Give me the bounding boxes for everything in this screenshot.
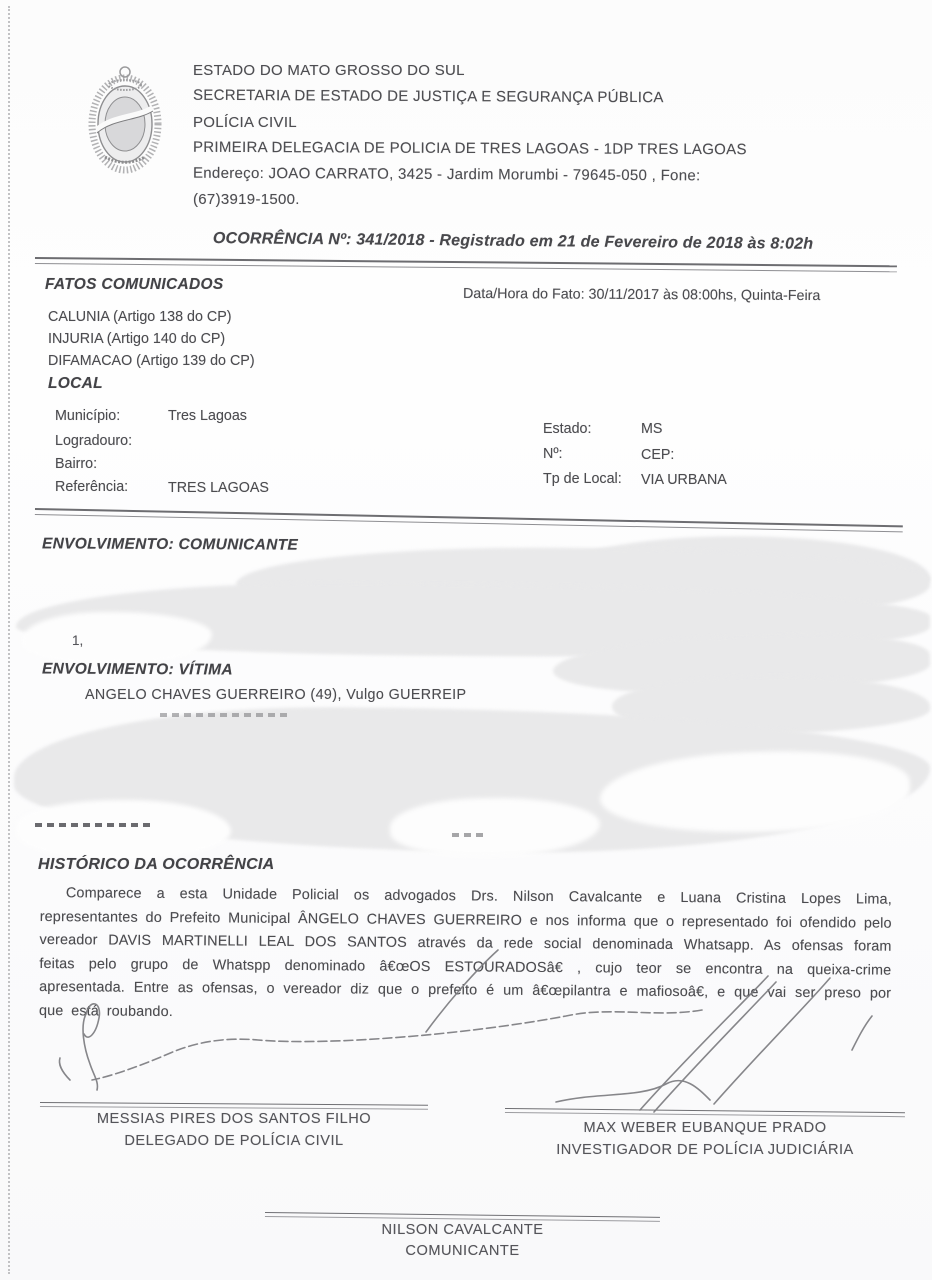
obscured-letter-tops (452, 833, 486, 837)
signatory-role: COMUNICANTE (265, 1243, 660, 1259)
numero-label: Nº: (543, 446, 563, 462)
header-line-state: ESTADO DO MATO GROSSO DO SUL (193, 62, 465, 79)
bairro-label: Bairro: (55, 456, 97, 472)
obscured-letter-tops (160, 713, 290, 717)
signatory-name: NILSON CAVALCANTE (265, 1222, 660, 1238)
signatory-name: MAX WEBER EUBANQUE PRADO (505, 1120, 905, 1136)
signatory-role: INVESTIGADOR DE POLÍCIA JUDICIÁRIA (505, 1142, 905, 1158)
envolvimento-vitima-heading: ENVOLVIMENTO: VÍTIMA (42, 661, 233, 680)
signatory-name: MESSIAS PIRES DOS SANTOS FILHO (40, 1111, 428, 1127)
header-line-endereco: Endereço: JOAO CARRATO, 3425 - Jardim Mo… (193, 165, 701, 185)
signature-line (40, 1102, 428, 1110)
historico-paragraph: Comparece a esta Unidade Policial os adv… (39, 882, 892, 1030)
header-line-policia-civil: POLÍCIA CIVIL (193, 114, 297, 131)
redaction-gap (16, 800, 231, 860)
cep-label: CEP: (641, 447, 674, 463)
estado-value: MS (641, 421, 662, 437)
double-rule-mid (35, 508, 903, 532)
scanned-document-page: ESTADO DO MATO GROSSO DO SUL SECRETARIA … (0, 0, 932, 1280)
estado-label: Estado: (543, 421, 591, 437)
occurrence-title: OCORRÊNCIA Nº: 341/2018 - Registrado em … (213, 230, 813, 254)
logradouro-label: Logradouro: (55, 433, 132, 449)
header-line-delegacia: PRIMEIRA DELEGACIA DE POLICIA DE TRES LA… (193, 139, 747, 158)
header-line-secretaria: SECRETARIA DE ESTADO DE JUSTIÇA E SEGURA… (193, 87, 664, 106)
municipio-value: Tres Lagoas (168, 408, 247, 424)
referencia-label: Referência: (55, 479, 128, 495)
fatos-heading: FATOS COMUNICADOS (45, 276, 223, 294)
vitima-line: ANGELO CHAVES GUERREIRO (49), Vulgo GUER… (85, 687, 466, 703)
fato-datetime: Data/Hora do Fato: 30/11/2017 às 08:00hs… (463, 286, 820, 304)
page-edge-dashed-line (8, 6, 10, 1274)
historico-heading: HISTÓRICO DA OCORRÊNCIA (38, 856, 275, 874)
redaction-gap (22, 612, 212, 664)
police-badge-logo (85, 60, 165, 183)
signature-line (265, 1212, 660, 1222)
double-rule-top (35, 257, 897, 272)
local-heading: LOCAL (48, 375, 103, 393)
municipio-label: Município: (55, 408, 120, 424)
signatory-role: DELEGADO DE POLÍCIA CIVIL (40, 1133, 428, 1149)
tipo-local-label: Tp de Local: (543, 471, 622, 487)
referencia-value: TRES LAGOAS (168, 480, 269, 496)
fato-item: CALUNIA (Artigo 138 do CP) (48, 309, 232, 325)
signature-line (505, 1108, 905, 1117)
tipo-local-value: VIA URBANA (641, 472, 727, 488)
fato-item: DIFAMACAO (Artigo 139 do CP) (48, 353, 255, 369)
obscured-letter-tops (35, 823, 150, 827)
redacted-text-fragment: 1, (72, 633, 83, 648)
envolvimento-comunicante-heading: ENVOLVIMENTO: COMUNICANTE (42, 535, 298, 554)
header-line-fone: (67)3919-1500. (193, 191, 300, 208)
fato-item: INJURIA (Artigo 140 do CP) (48, 331, 225, 347)
